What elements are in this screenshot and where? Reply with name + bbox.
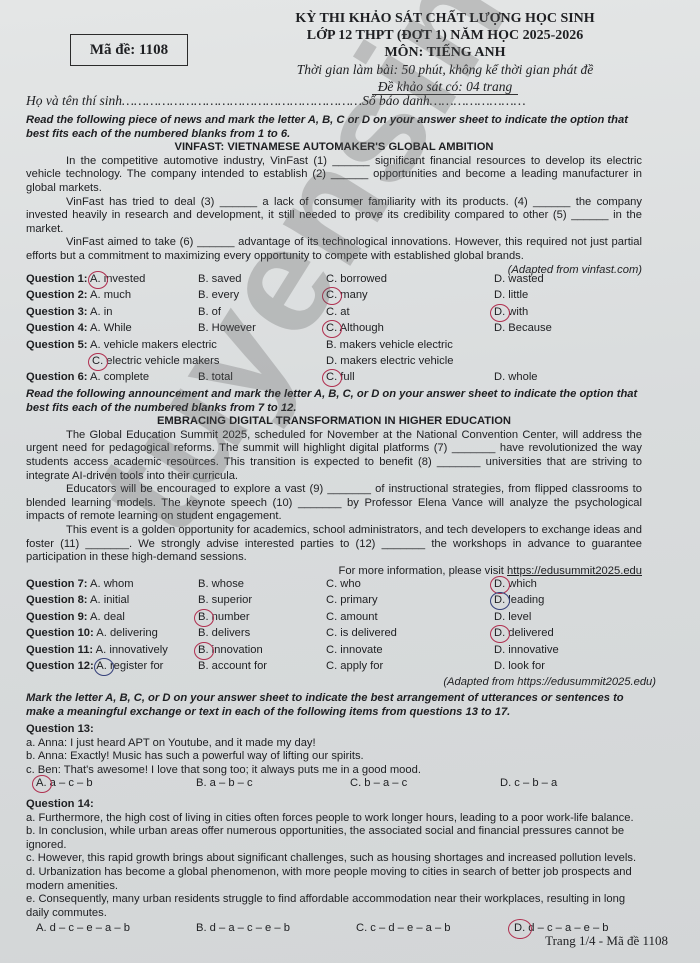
section1-passage: Read the following piece of news and mar… [26, 114, 642, 277]
option-a[interactable]: A. much [90, 289, 131, 301]
exam-duration: Thời gian làm bài: 50 phút, không kể thờ… [250, 61, 640, 78]
option-a[interactable]: A. a – c – b [36, 777, 93, 789]
option-a[interactable]: A. deal [90, 611, 125, 623]
option-c[interactable]: C. amount [326, 611, 378, 623]
exam-grade: LỚP 12 THPT (ĐỢT 1) NĂM HỌC 2025-2026 [250, 27, 640, 44]
option-a[interactable]: A. in [90, 306, 112, 318]
exam-code-box: Mã đề: 1108 [70, 34, 188, 66]
question-row: Question 4: A. While B. However C. Altho… [26, 322, 666, 338]
section3-instruction: Mark the letter A, B, C, or D on your an… [26, 692, 642, 719]
q14-line: a. Furthermore, the high cost of living … [26, 812, 642, 826]
question-13-label: Question 13: [26, 723, 642, 737]
option-b[interactable]: B. innovation [198, 644, 263, 656]
question-row: Question 2: A. much B. every C. many D. … [26, 289, 666, 305]
option-d[interactable]: D. little [494, 289, 528, 301]
option-b[interactable]: B. makers vehicle electric [326, 339, 453, 351]
section1-paragraph: VinFast has tried to deal (3) ______ a l… [26, 196, 642, 237]
option-b[interactable]: B. number [198, 611, 250, 623]
q13-line: a. Anna: I just heard APT on Youtube, an… [26, 737, 642, 751]
option-c[interactable]: C. Although [326, 322, 384, 334]
section1-title: VINFAST: VIETNAMESE AUTOMAKER'S GLOBAL A… [26, 141, 642, 155]
exam-title: KỲ THI KHẢO SÁT CHẤT LƯỢNG HỌC SINH [250, 10, 640, 27]
option-a[interactable]: A. innovatively [96, 644, 168, 656]
option-b[interactable]: B. of [198, 306, 221, 318]
option-b[interactable]: B. d – a – c – e – b [196, 922, 290, 934]
exam-subject: MÔN: TIẾNG ANH [250, 44, 640, 61]
option-b[interactable]: B. account for [198, 660, 267, 672]
section2-instruction: Read the following announcement and mark… [26, 388, 642, 415]
more-info: For more information, please visit https… [26, 565, 642, 579]
option-d[interactable]: D. with [494, 306, 528, 318]
question-row: Question 6: A. complete B. total C. full… [26, 371, 666, 387]
question-row: Question 12: A. register for B. account … [26, 660, 666, 676]
q14-line: c. However, this rapid growth brings abo… [26, 852, 642, 866]
option-b[interactable]: B. total [198, 371, 233, 383]
option-c[interactable]: C. at [326, 306, 350, 318]
question-row: Question 9: A. deal B. number C. amount … [26, 611, 666, 627]
section1-options: Question 1: A. invested B. saved C. borr… [26, 273, 666, 388]
q13-line: c. Ben: That's awesome! I love that song… [26, 764, 642, 778]
question-row: Question 5: A. vehicle makers electric B… [26, 339, 666, 355]
option-b[interactable]: B. a – b – c [196, 777, 253, 789]
section2-title: EMBRACING DIGITAL TRANSFORMATION IN HIGH… [26, 415, 642, 429]
option-b[interactable]: B. delivers [198, 627, 250, 639]
option-c[interactable]: C. c – d – e – a – b [356, 922, 451, 934]
option-d[interactable]: D. delivered [494, 627, 554, 639]
option-b[interactable]: B. superior [198, 594, 252, 606]
section2-options: Question 7: A. whom B. whose C. who D. w… [26, 578, 666, 688]
section2-passage: Read the following announcement and mark… [26, 388, 642, 578]
section1-instruction: Read the following piece of news and mar… [26, 114, 642, 141]
option-b[interactable]: B. whose [198, 578, 244, 590]
option-a[interactable]: A. vehicle makers electric [90, 339, 217, 351]
edusummit-link[interactable]: https://edusummit2025.edu [507, 565, 642, 577]
option-a[interactable]: A. While [90, 322, 132, 334]
question-14: Question 14: a. Furthermore, the high co… [26, 798, 642, 920]
option-a[interactable]: A. register for [96, 660, 163, 672]
option-a[interactable]: A. delivering [96, 627, 158, 639]
option-c[interactable]: C. many [326, 289, 368, 301]
section1-paragraph: VinFast aimed to take (6) ______ advanta… [26, 236, 642, 263]
option-a[interactable]: A. whom [90, 578, 134, 590]
section1-paragraph: In the competitive automotive industry, … [26, 155, 642, 196]
option-a[interactable]: A. d – c – e – a – b [36, 922, 130, 934]
question-row: Question 8: A. initial B. superior C. pr… [26, 594, 666, 610]
option-c[interactable]: C. full [326, 371, 355, 383]
option-d[interactable]: D. leading [494, 594, 544, 606]
option-d[interactable]: D. c – b – a [500, 777, 557, 789]
option-d[interactable]: D. level [494, 611, 531, 623]
section2-source: (Adapted from https://edusummit2025.edu) [26, 676, 666, 688]
option-d[interactable]: D. wasted [494, 273, 544, 285]
option-a[interactable]: A. complete [90, 371, 149, 383]
option-c[interactable]: C. primary [326, 594, 378, 606]
exam-header: KỲ THI KHẢO SÁT CHẤT LƯỢNG HỌC SINH LỚP … [250, 10, 640, 95]
option-c[interactable]: C. electric vehicle makers [92, 355, 219, 367]
option-b[interactable]: B. saved [198, 273, 242, 285]
option-a[interactable]: A. initial [90, 594, 129, 606]
section2-paragraph: This event is a golden opportunity for a… [26, 524, 642, 565]
q14-line: d. Urbanization has become a global phen… [26, 866, 642, 893]
option-c[interactable]: C. who [326, 578, 361, 590]
candidate-info-line: Họ và tên thí sinh……………………………………………………Số… [26, 93, 526, 109]
option-d[interactable]: D. makers electric vehicle [326, 355, 453, 367]
option-c[interactable]: C. is delivered [326, 627, 397, 639]
section2-paragraph: The Global Education Summit 2025, schedu… [26, 429, 642, 483]
option-c[interactable]: C. innovate [326, 644, 383, 656]
page-footer: Trang 1/4 - Mã đề 1108 [545, 933, 668, 949]
question-row: Question 11: A. innovatively B. innovati… [26, 644, 666, 660]
option-b[interactable]: B. every [198, 289, 239, 301]
question-14-label: Question 14: [26, 798, 642, 812]
q13-line: b. Anna: Exactly! Music has such a power… [26, 750, 642, 764]
question-row: Question 1: A. invested B. saved C. borr… [26, 273, 666, 289]
section2-paragraph: Educators will be encouraged to explore … [26, 483, 642, 524]
option-b[interactable]: B. However [198, 322, 256, 334]
option-c[interactable]: C. borrowed [326, 273, 387, 285]
q14-line: b. In conclusion, while urban areas offe… [26, 825, 642, 852]
option-d[interactable]: D. which [494, 578, 537, 590]
option-d[interactable]: D. look for [494, 660, 545, 672]
question-row: Question 3: A. in B. of C. at D. with [26, 306, 666, 322]
option-c[interactable]: C. b – a – c [350, 777, 407, 789]
option-d[interactable]: D. innovative [494, 644, 559, 656]
section3: Mark the letter A, B, C, or D on your an… [26, 692, 642, 778]
option-c[interactable]: C. apply for [326, 660, 383, 672]
question-row: Question 7: A. whom B. whose C. who D. w… [26, 578, 666, 594]
option-d[interactable]: D. Because [494, 322, 552, 334]
q14-line: e. Consequently, many urban residents st… [26, 893, 642, 920]
option-a[interactable]: A. invested [90, 273, 145, 285]
option-d[interactable]: D. whole [494, 371, 538, 383]
question-row: Question 10: A. delivering B. delivers C… [26, 627, 666, 643]
question-row: C. electric vehicle makers D. makers ele… [26, 355, 666, 371]
